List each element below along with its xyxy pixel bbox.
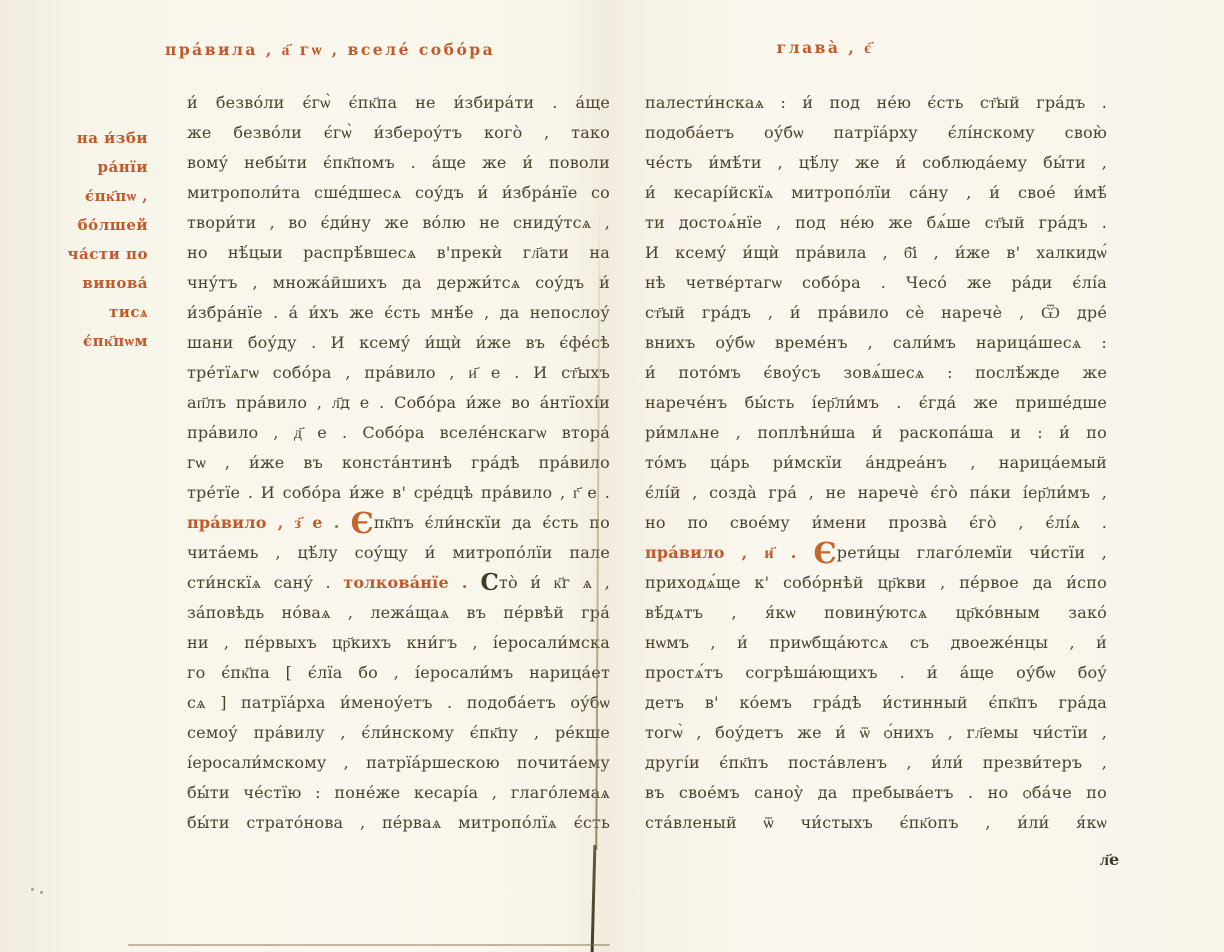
text-line: шани боу́ду . И ксему́ и́щѝ и́же въ є́фе… bbox=[187, 328, 610, 358]
body-text: ни , пе́рвыхъ цр҃кихъ кни́гъ , і́еросали… bbox=[187, 633, 610, 652]
text-line: пра́вило , д҃ е . Собо́ра вселе́нскагѡ в… bbox=[187, 418, 610, 448]
text-line: то́мъ ца́рь ри́мскїи а́ндреа́нъ , нарица… bbox=[645, 448, 1107, 478]
text-line: сѧ ] патрїа́рха и́меноу́етъ . подоба́етъ… bbox=[187, 688, 610, 718]
rubric-text: толкова́нїе . bbox=[343, 573, 480, 592]
text-line: сти́нскїѧ сану́ . толкова́нїе . Сто̀ и́ … bbox=[187, 568, 610, 598]
body-text: сѧ ] патрїа́рха и́меноу́етъ . подоба́етъ… bbox=[187, 693, 610, 712]
text-line: чну́тъ , множа́йшихъ да держи́тсѧ соу́дъ… bbox=[187, 268, 610, 298]
body-text: то́мъ ца́рь ри́мскїи а́ндреа́нъ , нарица… bbox=[645, 453, 1107, 472]
text-line: ти достоѧ́нїе , под не́ю же бѧ́ше ст҃ый … bbox=[645, 208, 1107, 238]
text-line: пра́вило , и҃ . Єрети́цы глаго́лемїи чи́… bbox=[645, 538, 1107, 568]
rubric-text: пра́вило , и҃ . bbox=[645, 543, 813, 562]
text-line: є́лі́й , созда̀ гра́ , не наречѐ є́го̀ п… bbox=[645, 478, 1107, 508]
body-text: вому́ небы́ти є́пк҃помъ . а́ще же и́ пов… bbox=[187, 153, 610, 172]
text-line: подоба́етъ оу́бѡ патрїа́рху є́лі́нскому … bbox=[645, 118, 1107, 148]
body-text: семоу́ пра́вилу , є́ли́нскому є́пк҃пу , … bbox=[187, 723, 610, 742]
margin-note: на и́зби bbox=[30, 124, 148, 153]
margin-note: ча́сти по bbox=[30, 240, 148, 269]
rubric-text: пра́вило , з҃ е . bbox=[187, 513, 351, 532]
text-line: ап҃лъ пра́вило , л҃д е . Собо́ра и́же во… bbox=[187, 388, 610, 418]
text-line: И ксему́ и́щѝ пра́вила , б҃і , и́же в' х… bbox=[645, 238, 1107, 268]
text-line: и́ кесарі́йскїѧ митропо́лїи са́ну , и́ с… bbox=[645, 178, 1107, 208]
drop-cap-initial: Є bbox=[813, 536, 836, 570]
text-line: чита́емь , цѣ́лу соу́щу и́ митропо́лїи п… bbox=[187, 538, 610, 568]
body-text: сти́нскїѧ сану́ . bbox=[187, 573, 343, 592]
text-line: и́збра́нїе . а́ и́хъ же є́сть мнѣ́е , да… bbox=[187, 298, 610, 328]
body-text: гѡ , и́же въ конста́нтинѣ гра́дѣ пра́вил… bbox=[187, 453, 610, 472]
text-line: внихъ оу́бѡ време́нъ , сали́мъ нарица́ше… bbox=[645, 328, 1107, 358]
text-line: палести́нскаѧ : и́ под не́ю є́сть ст҃ый … bbox=[645, 88, 1107, 118]
text-line: и́ безво́ли є́гѡ̀ є́пк҃па не и́збира́ти … bbox=[187, 88, 610, 118]
body-text: же безво́ли є́гѡ̀ и́збероу́тъ кого̀ , та… bbox=[187, 123, 610, 142]
text-line: вѣ́дѧтъ , я́кѡ повину́ютсѧ цр҃ко́вным за… bbox=[645, 598, 1107, 628]
body-text: тре́тїе . И собо́ра и́же в' сре́дцѣ пра́… bbox=[187, 483, 610, 502]
drop-cap-initial: С bbox=[480, 569, 499, 596]
body-text: митрополи́та сше́дшесѧ соу́дъ и́ и́збра́… bbox=[187, 183, 610, 202]
body-text: нѣ четве́ртагѡ собо́ра . Чесо́ же ра́ди … bbox=[645, 273, 1107, 292]
body-text: ти достоѧ́нїе , под не́ю же бѧ́ше ст҃ый … bbox=[645, 213, 1107, 232]
body-text: и́ пото́мъ є́воу́съ зовѧ́шесѧ : послѣ́жд… bbox=[645, 363, 1107, 382]
text-line: за́повѣдь но́ваѧ , лежа́щаѧ въ пе́рвѣй г… bbox=[187, 598, 610, 628]
text-line: го є́пк҃па [ є́лїа бо , і́еросали́мъ нар… bbox=[187, 658, 610, 688]
body-text: И ксему́ и́щѝ пра́вила , б҃і , и́же в' х… bbox=[645, 243, 1107, 262]
body-text: чну́тъ , множа́йшихъ да держи́тсѧ соу́дъ… bbox=[187, 273, 610, 292]
body-text: подоба́етъ оу́бѡ патрїа́рху є́лі́нскому … bbox=[645, 123, 1107, 142]
body-text: за́повѣдь но́ваѧ , лежа́щаѧ въ пе́рвѣй г… bbox=[187, 603, 610, 622]
text-line: и́ пото́мъ є́воу́съ зовѧ́шесѧ : послѣ́жд… bbox=[645, 358, 1107, 388]
margin-note: бо́лшей bbox=[30, 211, 148, 240]
margin-notes: на и́збира́нїиє́пк҃пѡ ,бо́лшейча́сти пов… bbox=[30, 124, 148, 356]
text-line: вому́ небы́ти є́пк҃помъ . а́ще же и́ пов… bbox=[187, 148, 610, 178]
body-text: чита́емь , цѣ́лу соу́щу и́ митропо́лїи п… bbox=[187, 543, 610, 562]
body-text: и́збра́нїе . а́ и́хъ же є́сть мнѣ́е , да… bbox=[187, 303, 610, 322]
text-line: другі́и є́пк҃пъ поста́вленъ , и́ли́ през… bbox=[645, 748, 1107, 778]
text-line: твори́ти , во є́ди́ну же во́лю не сниду́… bbox=[187, 208, 610, 238]
margin-note: винова́ bbox=[30, 269, 148, 298]
text-line: ста́вленый ѿ чи́стыхъ є́пк҃опъ , и́ли́ я… bbox=[645, 808, 1107, 838]
right-page-header: глава̀ , є҃ bbox=[705, 38, 945, 58]
body-text: шани боу́ду . И ксему́ и́щѝ и́же въ є́фе… bbox=[187, 333, 610, 352]
body-text: и́ кесарі́йскїѧ митропо́лїи са́ну , и́ с… bbox=[645, 183, 1107, 202]
text-line: і́еросали́мскому , патрїа́ршескою почита… bbox=[187, 748, 610, 778]
text-line: ни , пе́рвыхъ цр҃кихъ кни́гъ , і́еросали… bbox=[187, 628, 610, 658]
body-text: тогѡ̀ , боу́детъ же и́ ѿ ѻ́нихъ , гл҃емы… bbox=[645, 723, 1107, 742]
text-line: тре́тїѧгѡ собо́ра , пра́вило , и҃ е . И … bbox=[187, 358, 610, 388]
page-edge-line bbox=[128, 944, 610, 946]
text-line: бы́ти страто́нова , пе́рваѧ митропо́лїѧ … bbox=[187, 808, 610, 838]
text-line: нарече́нъ бы́сть і́ер҃ли́мъ . є́гда́ же … bbox=[645, 388, 1107, 418]
text-line: простѧ́тъ согрѣша́ющихъ . и́ а́ще оу́бѡ … bbox=[645, 658, 1107, 688]
body-text: го є́пк҃па [ є́лїа бо , і́еросали́мъ нар… bbox=[187, 663, 610, 682]
body-text: но нѣ́цыи распрѣ́вшесѧ в'прекѝ гл҃ати на bbox=[187, 243, 610, 262]
body-text: нарече́нъ бы́сть і́ер҃ли́мъ . є́гда́ же … bbox=[645, 393, 1107, 412]
body-text: въ свое́мъ саноу̀ да пребыва́етъ . но ѻб… bbox=[645, 783, 1107, 802]
body-text: пк҃пъ є́ли́нскїи да є́сть по bbox=[374, 513, 610, 532]
text-line: митрополи́та сше́дшесѧ соу́дъ и́ и́збра́… bbox=[187, 178, 610, 208]
right-text-column: палести́нскаѧ : и́ под не́ю є́сть ст҃ый … bbox=[645, 88, 1107, 838]
body-text: но по свое́му и́мени прозва̀ є́го̀ , є́л… bbox=[645, 513, 1107, 532]
scan-speckle bbox=[40, 891, 43, 894]
text-line: нѡмъ , и́ приѡбща́ютсѧ съ двоеже́нцы , и… bbox=[645, 628, 1107, 658]
body-text: и́ безво́ли є́гѡ̀ є́пк҃па не и́збира́ти … bbox=[187, 93, 610, 112]
text-line: че́сть и́мѣ́ти , цѣ́лу же и́ соблюда́ему… bbox=[645, 148, 1107, 178]
text-line: тогѡ̀ , боу́детъ же и́ ѿ ѻ́нихъ , гл҃емы… bbox=[645, 718, 1107, 748]
body-text: нѡмъ , и́ приѡбща́ютсѧ съ двоеже́нцы , и… bbox=[645, 633, 1107, 652]
text-line: но по свое́му и́мени прозва̀ є́го̀ , є́л… bbox=[645, 508, 1107, 538]
text-line: же безво́ли є́гѡ̀ и́збероу́тъ кого̀ , та… bbox=[187, 118, 610, 148]
body-text: рети́цы глаго́лемїи чи́стїи , bbox=[837, 543, 1107, 562]
body-text: пра́вило , д҃ е . Собо́ра вселе́нскагѡ в… bbox=[187, 423, 610, 442]
body-text: тре́тїѧгѡ собо́ра , пра́вило , и҃ е . И … bbox=[187, 363, 610, 382]
body-text: ста́вленый ѿ чи́стыхъ є́пк҃опъ , и́ли́ я… bbox=[645, 813, 1107, 832]
body-text: то̀ и́ к҃г ѧ , bbox=[499, 573, 610, 592]
folio-number: л҃е bbox=[1100, 850, 1119, 870]
body-text: палести́нскаѧ : и́ под не́ю є́сть ст҃ый … bbox=[645, 93, 1107, 112]
text-line: бы́ти че́стїю : поне́же кесарі́а , глаго… bbox=[187, 778, 610, 808]
margin-note: ра́нїи bbox=[30, 153, 148, 182]
body-text: простѧ́тъ согрѣша́ющихъ . и́ а́ще оу́бѡ … bbox=[645, 663, 1107, 682]
text-line: детъ в' ко́емъ гра́дѣ и́стинный є́пк҃пъ … bbox=[645, 688, 1107, 718]
left-text-column: и́ безво́ли є́гѡ̀ є́пк҃па не и́збира́ти … bbox=[187, 88, 610, 838]
text-line: ст҃ый гра́дъ , и́ пра́вило сѐ наречѐ , Ѿ… bbox=[645, 298, 1107, 328]
body-text: і́еросали́мскому , патрїа́ршескою почита… bbox=[187, 753, 610, 772]
text-line: ри́млѧне , поплѣни́ша и́ раскопа́ша и : … bbox=[645, 418, 1107, 448]
text-line: тре́тїе . И собо́ра и́же в' сре́дцѣ пра́… bbox=[187, 478, 610, 508]
body-text: другі́и є́пк҃пъ поста́вленъ , и́ли́ през… bbox=[645, 753, 1107, 772]
scan-speckle bbox=[31, 888, 34, 891]
left-page-header: пра́вила , а҃ гѡ , вселе́ собо́ра bbox=[165, 40, 495, 60]
body-text: ст҃ый гра́дъ , и́ пра́вило сѐ наречѐ , Ѿ… bbox=[645, 303, 1107, 322]
text-line: пра́вило , з҃ е . Єпк҃пъ є́ли́нскїи да є… bbox=[187, 508, 610, 538]
body-text: твори́ти , во є́ди́ну же во́лю не сниду́… bbox=[187, 213, 610, 232]
body-text: бы́ти че́стїю : поне́же кесарі́а , глаго… bbox=[187, 783, 610, 802]
body-text: є́лі́й , созда̀ гра́ , не наречѐ є́го̀ п… bbox=[645, 483, 1107, 502]
body-text: ри́млѧне , поплѣни́ша и́ раскопа́ша и : … bbox=[645, 423, 1107, 442]
body-text: бы́ти страто́нова , пе́рваѧ митропо́лїѧ … bbox=[187, 813, 610, 832]
text-line: но нѣ́цыи распрѣ́вшесѧ в'прекѝ гл҃ати на bbox=[187, 238, 610, 268]
body-text: внихъ оу́бѡ време́нъ , сали́мъ нарица́ше… bbox=[645, 333, 1107, 352]
body-text: ап҃лъ пра́вило , л҃д е . Собо́ра и́же во… bbox=[187, 393, 610, 412]
drop-cap-initial: Є bbox=[351, 506, 374, 540]
body-text: приходѧ́ще к' собо́рнѣй цр҃кви , пе́рвое… bbox=[645, 573, 1107, 592]
text-line: нѣ четве́ртагѡ собо́ра . Чесо́ же ра́ди … bbox=[645, 268, 1107, 298]
text-line: приходѧ́ще к' собо́рнѣй цр҃кви , пе́рвое… bbox=[645, 568, 1107, 598]
text-line: семоу́ пра́вилу , є́ли́нскому є́пк҃пу , … bbox=[187, 718, 610, 748]
body-text: вѣ́дѧтъ , я́кѡ повину́ютсѧ цр҃ко́вным за… bbox=[645, 603, 1107, 622]
text-line: въ свое́мъ саноу̀ да пребыва́етъ . но ѻб… bbox=[645, 778, 1107, 808]
body-text: детъ в' ко́емъ гра́дѣ и́стинный є́пк҃пъ … bbox=[645, 693, 1107, 712]
text-line: гѡ , и́же въ конста́нтинѣ гра́дѣ пра́вил… bbox=[187, 448, 610, 478]
margin-note: є́пк҃пѡм bbox=[30, 327, 148, 356]
margin-note: є́пк҃пѡ , bbox=[30, 182, 148, 211]
body-text: че́сть и́мѣ́ти , цѣ́лу же и́ соблюда́ему… bbox=[645, 153, 1107, 172]
margin-note: тисѧ bbox=[30, 298, 148, 327]
